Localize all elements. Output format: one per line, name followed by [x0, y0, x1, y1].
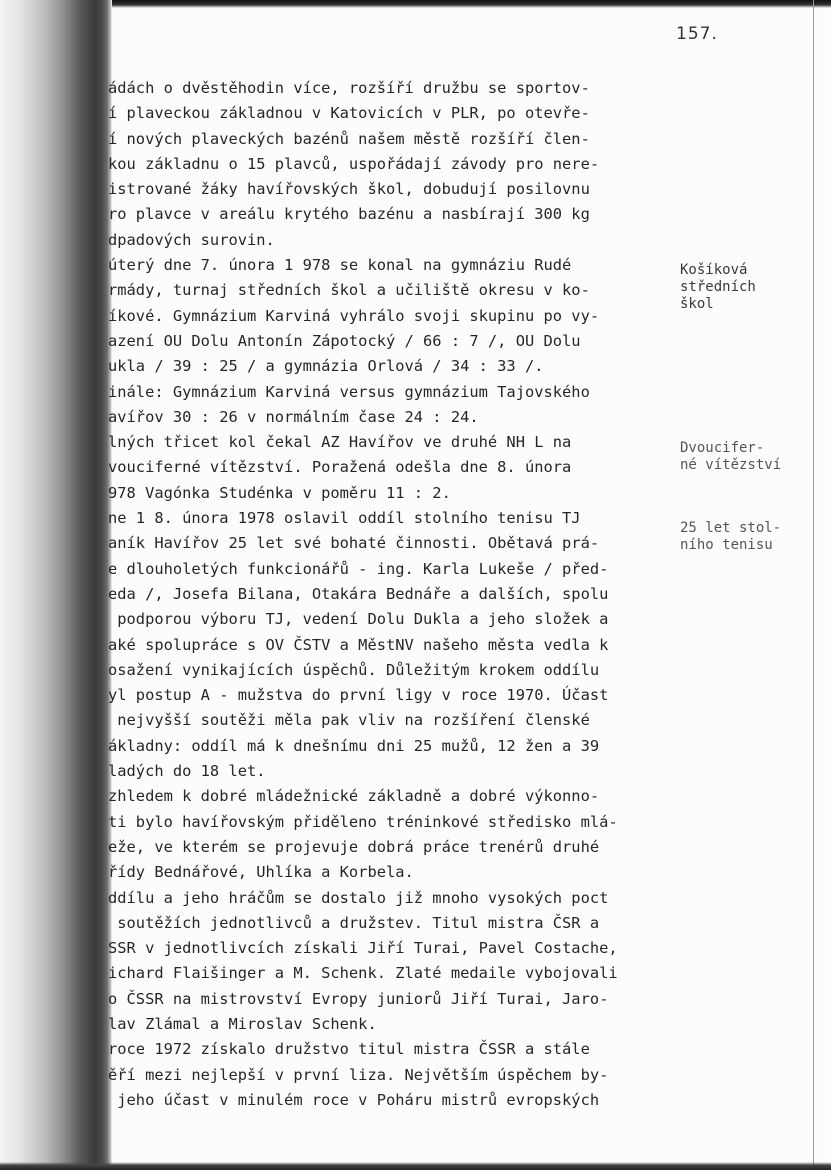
text-line: ichard Flaišinger a M. Schenk. Zlaté med…: [108, 961, 668, 986]
text-line: zhledem k dobré mládežnické základně a d…: [108, 784, 668, 809]
text-line: SSR v jednotlivcích získali Jiří Turai, …: [108, 936, 668, 961]
margin-note-table-tennis-anniversary: 25 let stol- ního tenisu: [680, 520, 820, 554]
text-line: istrované žáky havířovských škol, dobudu…: [108, 177, 668, 202]
text-line: í nových plaveckých bazénů našem městě r…: [108, 127, 668, 152]
text-line: ádách o dvěstěhodin více, rozšíří družbu…: [108, 76, 668, 101]
text-line: soutěžích jednotlivců a družstev. Titul …: [108, 911, 668, 936]
text-line: ukla / 39 : 25 / a gymnázia Orlová / 34 …: [108, 354, 668, 379]
text-line: yl postup A - mužstva do první ligy v ro…: [108, 683, 668, 708]
text-line: 978 Vagónka Studénka v poměru 11 : 2.: [108, 481, 668, 506]
text-line: aník Havířov 25 let své bohaté činnosti.…: [108, 531, 668, 556]
text-line: roce 1972 získalo družstvo titul mistra …: [108, 1037, 668, 1062]
text-line: avířov 30 : 26 v normálním čase 24 : 24.: [108, 405, 668, 430]
typewritten-body-text: ádách o dvěstěhodin více, rozšíří družbu…: [108, 76, 668, 1113]
margin-note-basketball: Košíková středních škol: [680, 262, 820, 313]
margin-note-two-digit-victory: Dvoucifer- né vítězství: [680, 440, 820, 474]
scan-top-edge: [0, 0, 831, 8]
text-line: ladých do 18 let.: [108, 759, 668, 784]
scanned-page: 157. ádách o dvěstěhodin více, rozšíří d…: [0, 0, 831, 1170]
text-line: ti bylo havířovským přiděleno tréninkové…: [108, 810, 668, 835]
text-line: podporou výboru TJ, vedení Dolu Dukla a …: [108, 607, 668, 632]
text-line: ákladny: oddíl má k dnešnímu dni 25 mužů…: [108, 734, 668, 759]
binding-shadow: [0, 0, 112, 1170]
text-line: vouciferné vítězství. Poražená odešla dn…: [108, 455, 668, 480]
text-line: ne 1 8. února 1978 oslavil oddíl stolníh…: [108, 506, 668, 531]
text-line: jeho účast v minulém roce v Poháru mistr…: [108, 1088, 668, 1113]
text-line: azení OU Dolu Antonín Zápotocký / 66 : 7…: [108, 329, 668, 354]
text-line: řídy Bednářové, Uhlíka a Korbela.: [108, 860, 668, 885]
text-line: kou základnu o 15 plavců, uspořádají záv…: [108, 152, 668, 177]
text-line: eže, ve kterém se projevuje dobrá práce …: [108, 835, 668, 860]
text-line: o ČSSR na mistrovství Evropy juniorů Jiř…: [108, 987, 668, 1012]
text-line: e dlouholetých funkcionářů - ing. Karla …: [108, 557, 668, 582]
text-line: eda /, Josefa Bilana, Otakára Bednáře a …: [108, 582, 668, 607]
scan-bottom-edge: [0, 1162, 831, 1170]
text-line: úterý dne 7. února 1 978 se konal na gym…: [108, 253, 668, 278]
text-line: inále: Gymnázium Karviná versus gymnáziu…: [108, 380, 668, 405]
text-line: ro plavce v areálu krytého bazénu a nasb…: [108, 202, 668, 227]
text-line: lných třicet kol čekal AZ Havířov ve dru…: [108, 430, 668, 455]
page-number: 157.: [676, 24, 718, 44]
text-line: osažení vynikajících úspěchů. Důležitým …: [108, 658, 668, 683]
text-line: dpadových surovin.: [108, 228, 668, 253]
right-margin-rule: [813, 0, 814, 1170]
text-line: í plaveckou základnou v Katovicích v PLR…: [108, 101, 668, 126]
text-line: nejvyšší soutěži měla pak vliv na rozšíř…: [108, 708, 668, 733]
text-line: rmády, turnaj středních škol a učiliště …: [108, 278, 668, 303]
text-line: ěří mezi nejlepší v první liza. Největší…: [108, 1063, 668, 1088]
text-line: íkové. Gymnázium Karviná vyhrálo svoji s…: [108, 304, 668, 329]
text-line: aké spolupráce s OV ČSTV a MěstNV našeho…: [108, 633, 668, 658]
text-line: lav Zlámal a Miroslav Schenk.: [108, 1012, 668, 1037]
text-line: ddílu a jeho hráčům se dostalo již mnoho…: [108, 886, 668, 911]
